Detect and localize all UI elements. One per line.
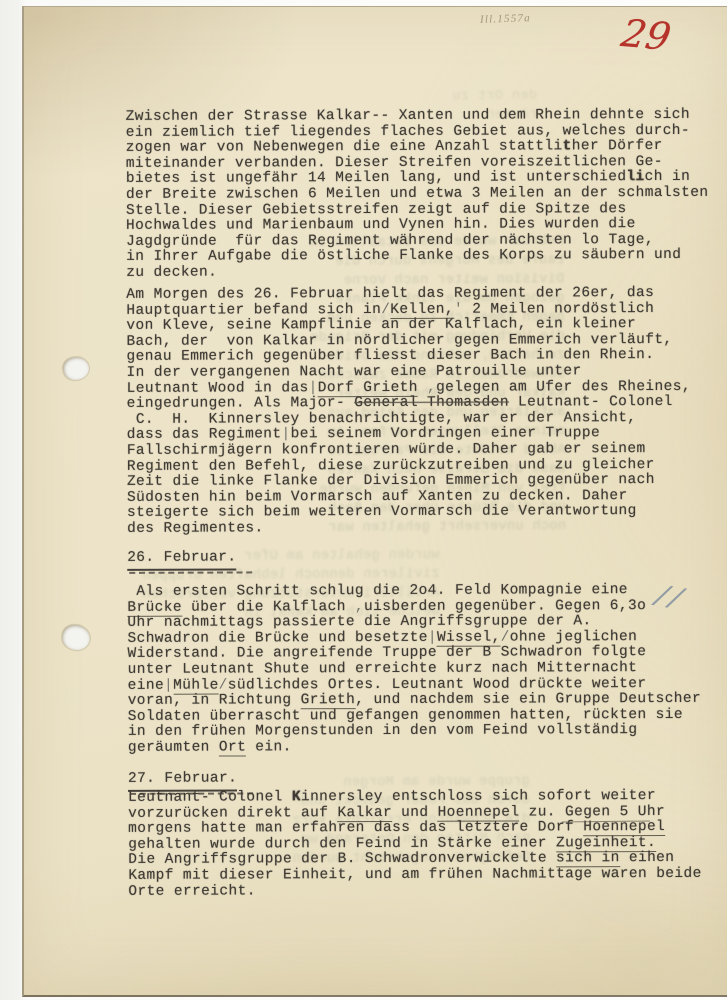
text-segment: Leutnant- Colonel	[128, 789, 292, 806]
text-segment: des Regimentes.	[127, 520, 264, 536]
text-segment: Hauptquartier befand sich in	[126, 302, 381, 319]
overstruck-text: K	[292, 789, 301, 805]
text-segment: steigerte sich beim weiteren Vormarsch d…	[127, 503, 637, 521]
archival-note: Ill.1557a	[480, 12, 531, 26]
overstruck-text: li	[626, 169, 644, 185]
pencil-mark: /	[381, 302, 390, 318]
text-segment: 2 Meilen nordöstlich	[463, 301, 654, 318]
text-segment: Leutnant- Colonel	[509, 394, 673, 411]
text-segment: in Ihrer Aufgabe die östliche Flanke des…	[126, 247, 681, 265]
text-line: in Ihrer Aufgabe die östliche Flanke des…	[126, 248, 709, 266]
text-segment: eihen	[620, 850, 675, 866]
pencil-mark: '	[454, 301, 463, 317]
paragraph: Leutnant- Colonel Kinnersley entschloss …	[128, 789, 702, 900]
text-segment: geräumten	[128, 739, 219, 755]
text-segment: Kampf mit dieser Einheit, und am frühen …	[128, 866, 701, 884]
text-segment: uisberden gegenüber. Gegen 6,3o	[364, 598, 646, 615]
struck-through-text: General Thomasden	[354, 395, 509, 412]
date-heading: 27. Februar.	[128, 771, 237, 791]
text-segment: über die Kalflach	[182, 599, 355, 616]
text-line: steigerte sich beim weiteren Vormarsch d…	[127, 504, 691, 522]
text-segment: zu. Gegen 5 Uhr	[519, 804, 665, 821]
text-segment: eingedrungen. Als Major-	[127, 395, 355, 412]
text-segment: her Dörfer	[572, 138, 663, 154]
text-line: des Regimentes.	[127, 520, 691, 538]
text-segment: zu decken.	[126, 264, 217, 280]
document-page: Februar wurde das Bataillon imLaufe des …	[22, 6, 727, 997]
text-segment: innersley entschloss sich sofort weiter	[301, 788, 656, 805]
pencil-mark: /	[219, 677, 228, 693]
pencil-mark: ,	[355, 599, 364, 615]
pencil-mark: /	[501, 629, 510, 645]
text-line: geräumten Ort ein.	[128, 739, 701, 757]
pencil-mark: |	[281, 427, 290, 443]
text-segment: und	[392, 804, 438, 820]
document-text: Zwischen der Strasse Kalkar-- Xanten und…	[22, 6, 727, 996]
text-line: zu decken.	[126, 264, 709, 282]
date-heading-text: 27. Februar.	[128, 771, 237, 791]
text-segment: in den frühen Morgenstunden in den vom F…	[128, 722, 638, 740]
text-segment: voran, in Richtung	[128, 692, 301, 709]
text-line: Orte erreicht.	[128, 882, 701, 900]
text-segment: vorzurücken direkt auf	[128, 805, 337, 822]
text-segment: ohne jeglichen	[510, 629, 637, 645]
pencil-mark: |	[309, 380, 318, 396]
text-line: Kampf mit dieser Einheit, und am frühen …	[128, 867, 701, 885]
text-segment: , und nachdem sie ein Gruppe Deutscher	[355, 691, 701, 708]
text-segment: ch in	[645, 169, 691, 185]
text-segment: Leutnant Wood in das	[127, 380, 309, 397]
text-segment: eine	[128, 677, 164, 693]
text-segment: ein.	[246, 739, 292, 755]
date-heading: 26. Februar.	[127, 550, 236, 570]
pencil-mark: |	[164, 677, 173, 693]
underlined-word: Grieth	[301, 692, 356, 709]
text-segment: gelegen am Ufer des Rheines,	[436, 378, 691, 395]
paragraph: Zwischen der Strasse Kalkar-- Xanten und…	[126, 108, 709, 282]
pencil-mark: ,	[418, 379, 436, 395]
underlined-word: Ort	[219, 739, 246, 756]
page-number-handwritten: 29	[618, 11, 675, 59]
margin-tally-mark: //	[649, 581, 682, 619]
overstruck-text: t	[563, 139, 572, 155]
paragraph: Am Morgen des 26. Februar hielt das Regi…	[126, 286, 691, 537]
text-segment: dass das Regiment	[127, 427, 282, 444]
date-heading-text: 26. Februar.	[127, 550, 236, 570]
paragraph: Als ersten Schritt schlug die 2o4. Feld …	[127, 583, 701, 757]
scan-background: { "annotations": { "page_number": { "tex…	[0, 0, 727, 1000]
text-line: in den frühen Morgenstunden in den vom F…	[128, 723, 701, 741]
text-segment: bei seinem Vordringen einer Truppe	[291, 426, 601, 443]
text-segment: Orte erreicht.	[128, 883, 255, 899]
